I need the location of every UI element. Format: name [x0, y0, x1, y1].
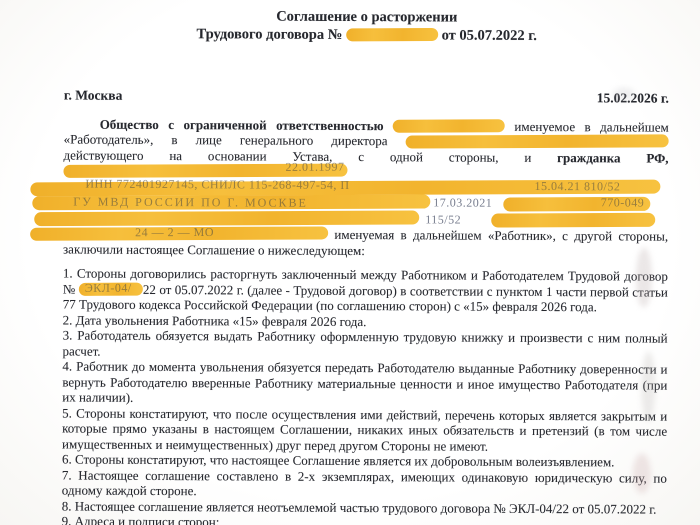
redaction-highlight-address-line-b	[491, 212, 655, 227]
redacted-fragment-issuer: ГУ МВД РОССИИ ПО Г. МОСКВЕ	[73, 195, 308, 212]
worker-paragraph: 24 — 2 — МО именуемая в дальнейшем «Рабо…	[63, 226, 668, 260]
redacted-fragment-passport-code: 15.04.21 810/52	[535, 178, 621, 194]
item-1-text-b: 22 от 05.07.2022 г. (далее - Трудовой до…	[63, 282, 668, 315]
scan-smudge	[613, 87, 635, 101]
title-line-2-text: Трудового договора №	[196, 26, 342, 43]
redaction-highlight-address-line-a	[34, 210, 419, 226]
redacted-fragment-division-code: 770-049	[601, 195, 645, 211]
redaction-highlight-director-name	[406, 134, 669, 148]
document-title: Соглашение о расторжении Трудового догов…	[64, 5, 669, 46]
redaction-highlight-contract-number	[346, 28, 438, 41]
document-page: Соглашение о расторжении Трудового догов…	[0, 0, 700, 525]
title-line-2-date: от 05.07.2022 г.	[442, 27, 537, 43]
item-7: 7. Настоящее соглашение составлено в 2-х…	[62, 467, 667, 501]
redaction-highlight-company-name	[393, 119, 505, 132]
intro-paragraph: Общество с ограниченной ответственностью…	[63, 116, 668, 181]
item-5: 5. Стороны констатируют, что после осуще…	[62, 405, 667, 455]
company-type-text: Общество с ограниченной ответственностью	[100, 116, 384, 132]
redacted-fragment-contract-no: ЭКЛ-04/	[85, 280, 132, 296]
item-1: 1. Стороны договорились расторгнуть закл…	[63, 266, 668, 316]
redaction-highlight-item1-number: ЭКЛ-04/	[79, 282, 143, 295]
title-line-2: Трудового договора № от 05.07.2022 г.	[64, 25, 669, 46]
redaction-highlight-address-short: 24 — 2 — МО	[30, 227, 328, 241]
citizen-text: гражданка РФ,	[557, 150, 668, 166]
meta-row: г. Москва 15.02.2026 г.	[64, 87, 669, 106]
item-4: 4. Работник до момента увольнения обязуе…	[62, 359, 667, 409]
redacted-fragment-issue-date: 17.03.2021	[433, 196, 492, 212]
redacted-fragment-address-number: 115/52	[425, 212, 461, 228]
redacted-fragment-inn-snils: ИНН 772401927145, СНИЛС 115-268-497-54, …	[85, 176, 349, 193]
document-city: г. Москва	[64, 87, 123, 103]
redacted-lines-block: ИНН 772401927145, СНИЛС 115-268-497-54, …	[63, 179, 668, 229]
item-3: 3. Работодатель обязуется выдать Работни…	[62, 328, 667, 362]
redacted-fragment-flat: 24 — 2 — МО	[135, 225, 214, 241]
redacted-fragment-birthdate: 22.01.1997	[249, 160, 344, 176]
agreement-items: 1. Стороны договорились расторгнуть закл…	[62, 266, 668, 525]
